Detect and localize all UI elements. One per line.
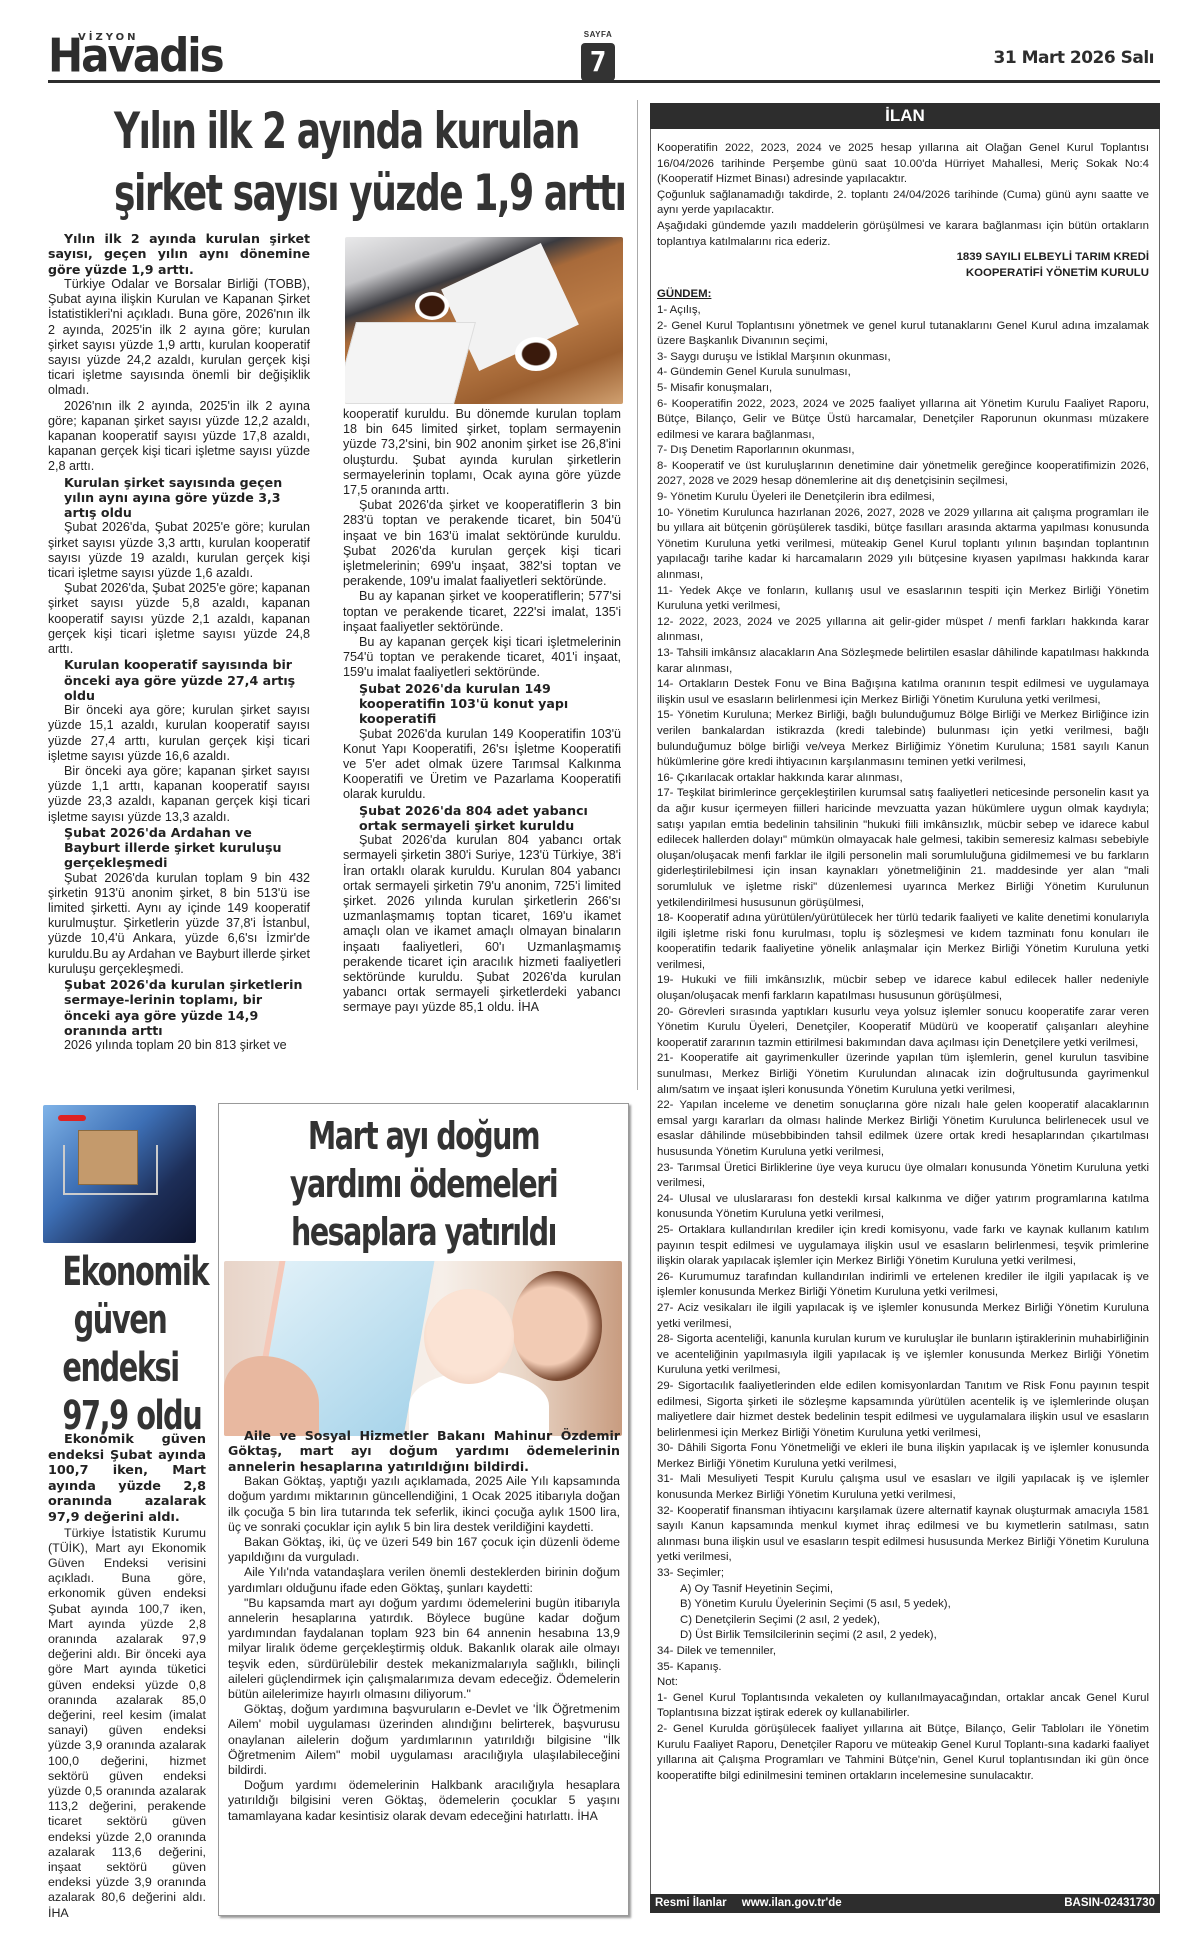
mother-baby-money-photo — [224, 1261, 622, 1436]
notes-list: 1- Genel Kurul Toplantısında vekaleten o… — [657, 1691, 1149, 1785]
page-number-value: 7 — [581, 43, 615, 81]
subheading: Şubat 2026'da Ardahan ve Bayburt illerde… — [48, 825, 310, 871]
notice-footer: Resmi İlanlar www.ilan.gov.tr'de BASIN-0… — [650, 1894, 1160, 1913]
note-item: 1- Genel Kurul Toplantısında vekaleten o… — [657, 1691, 1149, 1722]
coffee-cup-shape — [415, 292, 449, 320]
agenda-title: GÜNDEM: — [657, 287, 1149, 303]
mother-shape — [512, 1271, 602, 1381]
paragraph: Aile Yılı'nda vatandaşlara verilen öneml… — [228, 1565, 620, 1595]
agenda-item: 33- Seçimler; — [657, 1566, 1149, 1582]
agenda-item: 29- Sigortacılık faaliyetlerinden elde e… — [657, 1379, 1149, 1441]
paragraph: 2026 yılında toplam 20 bin 813 şirket ve — [48, 1038, 310, 1053]
paragraph: Şubat 2026'da, Şubat 2025'e göre; kapana… — [48, 581, 310, 657]
paragraph: Şubat 2026'da şirket ve kooperatiflerin … — [343, 498, 621, 589]
note-title: Not: — [657, 1675, 1149, 1691]
agenda-item: 17- Teşkilat birimlerince gerçekleştiril… — [657, 786, 1149, 911]
election-item: C) Denetçilerin Seçimi (2 asıl, 2 yedek)… — [657, 1613, 1149, 1629]
main-article-column-1: Yılın ilk 2 ayında kurulan şirket sayısı… — [48, 231, 310, 1053]
agenda-item: 20- Görevleri sırasında yaptıkları kusur… — [657, 1005, 1149, 1052]
paragraph: Bakan Göktaş, iki, üç ve üzeri 549 bin 1… — [228, 1535, 620, 1565]
coffee-cup-shape — [515, 337, 557, 371]
cart-handle-shape — [58, 1115, 86, 1121]
notice-signature: 1839 SAYILI ELBEYLİ TARIM KREDİ — [657, 250, 1149, 266]
paragraph: Bu ay kapanan şirket ve kooperatiflerin;… — [343, 589, 621, 635]
subheading: Şubat 2026'da kurulan 149 kooperatifin 1… — [343, 681, 621, 727]
official-notice: İLAN Kooperatifin 2022, 2023, 2024 ve 20… — [650, 103, 1160, 1913]
issue-date: 31 Mart 2026 Salı — [994, 48, 1155, 68]
article-lead: Ekonomik güven endeksi Şubat ayında 100,… — [48, 1432, 206, 1526]
paragraph: Bakan Göktaş, yaptığı yazılı açıklamada,… — [228, 1474, 620, 1535]
note-item: 2- Genel Kurulda görüşülecek faaliyet yı… — [657, 1722, 1149, 1784]
main-headline: Yılın ilk 2 ayında kurulan şirket sayısı… — [114, 100, 546, 224]
paragraph: Şubat 2026'da kurulan 149 Kooperatifin 1… — [343, 727, 621, 803]
article-lead: Yılın ilk 2 ayında kurulan şirket sayısı… — [48, 231, 310, 277]
agenda-item: 3- Saygı duruşu ve İstiklal Marşının oku… — [657, 350, 1149, 366]
agenda-item: 9- Yönetim Kurulu Üyeleri ile Denetçiler… — [657, 490, 1149, 506]
agenda-item: 6- Kooperatifin 2022, 2023, 2024 ve 2025… — [657, 397, 1149, 444]
paragraph: Türkiye Odalar ve Borsalar Birliği (TOBB… — [48, 277, 310, 399]
paragraph: kooperatif kuruldu. Bu dönemde kurulan t… — [343, 407, 621, 498]
headline-line: Mart ayı doğum — [270, 1112, 577, 1160]
agenda-item: 25- Ortaklara kullandırılan krediler içi… — [657, 1223, 1149, 1270]
agenda-item: 5- Misafir konuşmaları, — [657, 381, 1149, 397]
agenda-item: 10- Yönetim Kurulunca hazırlanan 2026, 2… — [657, 506, 1149, 584]
agenda-item: 1- Açılış, — [657, 303, 1149, 319]
notice-intro: Aşağıdaki gündemde yazılı maddelerin gör… — [657, 219, 1149, 250]
agenda-item: 14- Ortakların Destek Fonu ve Bina Bağış… — [657, 677, 1149, 708]
paragraph: Türkiye İstatistik Kurumu (TÜİK), Mart a… — [48, 1526, 206, 1921]
agenda-item: 18- Kooperatif adına yürütülen/yürütülec… — [657, 911, 1149, 973]
agenda-item: 13- Tahsili imkânsız alacakların Ana Söz… — [657, 646, 1149, 677]
election-item: A) Oy Tasnif Heyetinin Seçimi, — [657, 1582, 1149, 1598]
paragraph: 2026'nın ilk 2 ayında, 2025'in ilk 2 ayı… — [48, 399, 310, 475]
notice-intro: Kooperatifin 2022, 2023, 2024 ve 2025 he… — [657, 141, 1149, 188]
laptop-shape — [345, 322, 476, 404]
notice-intro: Çoğunluk sağlanamadığı takdirde, 2. topl… — [657, 188, 1149, 219]
paragraph: Şubat 2026'da, Şubat 2025'e göre; kurula… — [48, 520, 310, 581]
paragraph: Bir önceki aya göre; kurulan şirket sayı… — [48, 703, 310, 764]
ekonomik-article-body: Ekonomik güven endeksi Şubat ayında 100,… — [48, 1432, 206, 1921]
page-number: SAYFA 7 — [581, 30, 615, 81]
agenda-item: 15- Yönetim Kuruluna; Merkez Birliği, ba… — [657, 708, 1149, 770]
closing-list: 34- Dilek ve temenniler,35- Kapanış. — [657, 1644, 1149, 1675]
paragraph: Bir önceki aya göre; kapanan şirket sayı… — [48, 764, 310, 825]
agenda-item: 11- Yedek Akçe ve fonların, kullanış usu… — [657, 584, 1149, 615]
subheading: Kurulan şirket sayısında geçen yılın ayn… — [48, 475, 310, 521]
agenda-item: 12- 2022, 2023, 2024 ve 2025 yıllarına a… — [657, 615, 1149, 646]
agenda-item: 21- Kooperatife ait gayrimenkuller üzeri… — [657, 1051, 1149, 1098]
agenda-item: 30- Dâhili Sigorta Fonu Yönetmeliği ve e… — [657, 1441, 1149, 1472]
logo-title: Havadis — [48, 34, 223, 78]
agenda-item: 31- Mali Mesuliyeti Tespit Kurulu çalışm… — [657, 1472, 1149, 1503]
election-item: B) Yönetim Kurulu Üyelerinin Seçimi (5 a… — [657, 1597, 1149, 1613]
agenda-item: 23- Tarımsal Üretici Birliklerine üye ve… — [657, 1161, 1149, 1192]
headline-line: Ekonomik — [62, 1248, 177, 1296]
agenda-item: 2- Genel Kurul Toplantısını yönetmek ve … — [657, 319, 1149, 350]
meeting-photo — [345, 237, 623, 404]
agenda-item: 19- Hukuki ve fiili imkânsızlık, mücbir … — [657, 973, 1149, 1004]
article-lead: Aile ve Sosyal Hizmetler Bakanı Mahinur … — [228, 1428, 620, 1474]
notice-signature: KOOPERATİFİ YÖNETİM KURULU — [657, 266, 1149, 282]
paragraph: Doğum yardımı ödemelerinin Halkbank arac… — [228, 1778, 620, 1824]
agenda-item: 16- Çıkarılacak ortaklar hakkında karar … — [657, 771, 1149, 787]
agenda-item: 22- Yapılan inceleme ve denetim sonuçlar… — [657, 1098, 1149, 1160]
agenda-item: 8- Kooperatif ve üst kuruluşlarının dene… — [657, 459, 1149, 490]
agenda-item: 32- Kooperatif finansman ihtiyacını karş… — [657, 1504, 1149, 1566]
headline-line: şirket sayısı yüzde 1,9 arttı — [114, 162, 546, 224]
ekonomik-headline: Ekonomik güven endeksi 97,9 oldu — [62, 1248, 177, 1440]
election-item: D) Üst Birlik Temsilcilerinin seçimi (2 … — [657, 1628, 1149, 1644]
subheading: Şubat 2026'da 804 adet yabancı ortak ser… — [343, 803, 621, 834]
dogum-headline: Mart ayı doğum yardımı ödemeleri hesapla… — [270, 1112, 577, 1256]
headline-line: güven — [62, 1296, 177, 1344]
paragraph: Şubat 2026'da kurulan toplam 9 bin 432 ş… — [48, 871, 310, 977]
main-article-column-2: kooperatif kuruldu. Bu dönemde kurulan t… — [343, 407, 621, 1016]
shopping-cart-photo — [43, 1105, 196, 1243]
agenda-item: 26- Kurumumuz tarafından kullandırılan i… — [657, 1270, 1149, 1301]
agenda-item: 34- Dilek ve temenniler, — [657, 1644, 1149, 1660]
paragraph: Göktaş, doğum yardımına başvuruların e-D… — [228, 1702, 620, 1778]
elections-list: A) Oy Tasnif Heyetinin Seçimi,B) Yönetim… — [657, 1582, 1149, 1644]
paragraph: Bu ay kapanan gerçek kişi ticari işletme… — [343, 635, 621, 681]
notice-title: İLAN — [650, 103, 1160, 129]
agenda-item: 7- Dış Denetim Raporlarının okunması, — [657, 443, 1149, 459]
headline-line: endeksi — [62, 1344, 177, 1392]
agenda-list: 1- Açılış,2- Genel Kurul Toplantısını yö… — [657, 303, 1149, 1582]
notice-body: Kooperatifin 2022, 2023, 2024 ve 2025 he… — [657, 141, 1149, 1784]
baby-face-shape — [424, 1289, 514, 1384]
footer-label: Resmi İlanlar — [655, 1897, 727, 1909]
subheading: Şubat 2026'da kurulan şirketlerin sermay… — [48, 977, 310, 1038]
footer-code: BASIN-02431730 — [1064, 1894, 1155, 1913]
headline-line: hesaplara yatırıldı — [270, 1208, 577, 1256]
column-divider — [637, 100, 638, 1090]
headline-line: Yılın ilk 2 ayında kurulan — [114, 100, 546, 162]
agenda-item: 24- Ulusal ve uluslararası fon destekli … — [657, 1192, 1149, 1223]
agenda-item: 27- Aciz vesikaları ile ilgili yapılacak… — [657, 1301, 1149, 1332]
agenda-item: 35- Kapanış. — [657, 1660, 1149, 1676]
paragraph: Şubat 2026'da kurulan 804 yabancı ortak … — [343, 833, 621, 1015]
masthead-divider — [48, 80, 1160, 83]
subheading: Kurulan kooperatif sayısında bir önceki … — [48, 657, 310, 703]
cart-basket-shape — [63, 1145, 158, 1195]
footer-url-link[interactable]: www.ilan.gov.tr'de — [742, 1897, 842, 1909]
page-label: SAYFA — [581, 30, 615, 39]
paragraph: "Bu kapsamda mart ayı doğum yardımı ödem… — [228, 1596, 620, 1702]
masthead: VİZYON Havadis SAYFA 7 31 Mart 2026 Salı — [48, 30, 1160, 82]
agenda-item: 28- Sigorta acenteliği, kanunla kurulan … — [657, 1332, 1149, 1379]
headline-line: yardımı ödemeleri — [270, 1160, 577, 1208]
dogum-article-body: Aile ve Sosyal Hizmetler Bakanı Mahinur … — [228, 1428, 620, 1824]
agenda-item: 4- Gündemin Genel Kurula sunulması, — [657, 365, 1149, 381]
